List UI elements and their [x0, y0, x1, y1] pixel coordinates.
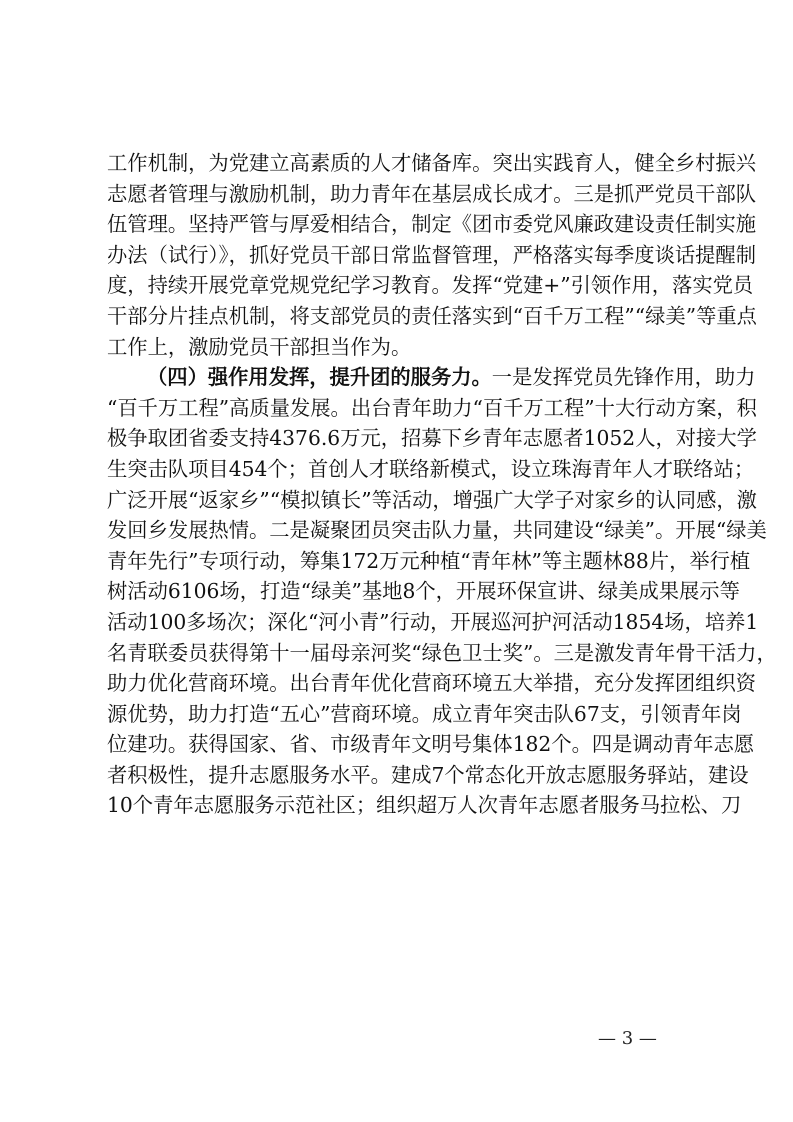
section-heading: （四）强作用发挥，提升团的服务力。 [147, 365, 492, 389]
text-line: 位建功。获得国家、省、市级青年文明号集体182个。四是调动青年志愿 [107, 729, 691, 760]
text-line: 者积极性，提升志愿服务水平。建成7个常态化开放志愿服务驿站，建设 [107, 760, 691, 791]
text-line: 伍管理。坚持严管与厚爱相结合，制定《团市委党风廉政建设责任制实施 [107, 209, 691, 240]
text-line: 10个青年志愿服务示范社区；组织超万人次青年志愿者服务马拉松、刀 [107, 790, 691, 821]
body-text: 工作机制，为党建立高素质的人才储备库。突出实践育人，健全乡村振兴 志愿者管理与激… [107, 148, 691, 821]
text-line: 工作上，激励党员干部担当作为。 [107, 332, 691, 363]
text-line: 办法（试行）》，抓好党员干部日常监督管理，严格落实每季度谈话提醒制 [107, 240, 691, 271]
text-line: 度，持续开展党章党规党纪学习教育。发挥“党建+”引领作用，落实党员 [107, 270, 691, 301]
text-line: 青年先行”专项行动，筹集172万元种植“青年林”等主题林88片，举行植 [107, 546, 691, 577]
heading-line-rest: 一是发挥党员先锋作用，助力 [492, 365, 756, 389]
text-line: 活动100多场次；深化“河小青”行动，开展巡河护河活动1854场，培养1 [107, 607, 691, 638]
text-line: 工作机制，为党建立高素质的人才储备库。突出实践育人，健全乡村振兴 [107, 148, 691, 179]
text-line: 源优势，助力打造“五心”营商环境。成立青年突击队67支，引领青年岗 [107, 699, 691, 730]
document-page: 工作机制，为党建立高素质的人才储备库。突出实践育人，健全乡村振兴 志愿者管理与激… [0, 0, 793, 1122]
text-line: 发回乡发展热情。二是凝聚团员突击队力量，共同建设“绿美”。开展“绿美 [107, 515, 691, 546]
text-line: 广泛开展“返家乡”“模拟镇长”等活动，增强广大学子对家乡的认同感，激 [107, 485, 691, 516]
text-line: 助力优化营商环境。出台青年优化营商环境五大举措，充分发挥团组织资 [107, 668, 691, 699]
text-line: “百千万工程”高质量发展。出台青年助力“百千万工程”十大行动方案，积 [107, 393, 691, 424]
text-line: 树活动6106场，打造“绿美”基地8个，开展环保宣讲、绿美成果展示等 [107, 576, 691, 607]
section-heading-line: （四）强作用发挥，提升团的服务力。一是发挥党员先锋作用，助力 [107, 362, 691, 393]
text-line: 干部分片挂点机制，将支部党员的责任落实到“百千万工程”“绿美”等重点 [107, 301, 691, 332]
text-line: 名青联委员获得第十一届母亲河奖“绿色卫士奖”。三是激发青年骨干活力， [107, 638, 691, 669]
text-line: 志愿者管理与激励机制，助力青年在基层成长成才。三是抓严党员干部队 [107, 179, 691, 210]
text-line: 极争取团省委支持4376.6万元，招募下乡青年志愿者1052人，对接大学 [107, 423, 691, 454]
text-line: 生突击队项目454个；首创人才联络新模式，设立珠海青年人才联络站； [107, 454, 691, 485]
page-number: — 3 — [598, 1027, 657, 1051]
